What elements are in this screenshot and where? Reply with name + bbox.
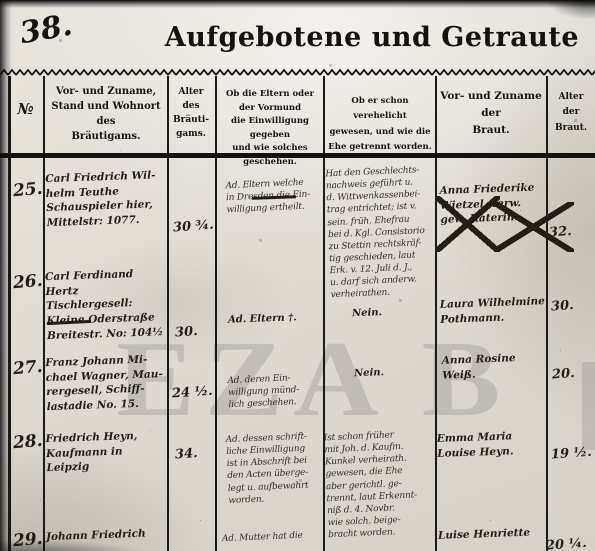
entry-28-bride-age: 19 ½. <box>551 444 595 462</box>
entry-26-bride-name: Laura Wilhelmine Pothmann. <box>440 294 547 327</box>
zigzag-divider <box>0 69 595 76</box>
page-title: Aufgebotene und Getraute <box>165 22 579 53</box>
entry-27-bride-name: Anna Rosine Weiß. <box>442 350 543 383</box>
header-no: № <box>8 100 43 118</box>
entry-28-prev-marriage: Ist schon früher mit Joh. d. Kaufm. Kunk… <box>324 428 435 542</box>
header-groom-name: Vor- und Zuname, Stand und Wohnort des B… <box>45 84 167 144</box>
ink-cross-out <box>494 202 574 252</box>
ink-cross-out <box>436 196 500 252</box>
entry-27-groom-name: Franz Johann Mi- chael Wagner, Mau- rerg… <box>45 352 169 415</box>
entry-28-groom-name: Friedrich Heyn, Kaufmann in Leipzig <box>45 428 168 476</box>
entry-26-groom-name: Carl Ferdinand Hertz Tischlergesell: Kle… <box>45 266 171 344</box>
scan-edge-left <box>0 0 12 551</box>
entry-27-prev-marriage: Nein. <box>354 365 424 381</box>
entry-26-bride-age: 30. <box>551 297 594 315</box>
scan-corner-top-right <box>539 0 595 22</box>
scan-edge-top <box>0 0 595 8</box>
entry-27-bride-age: 20. <box>552 365 595 383</box>
header-bride-age: Alter der Braut. <box>547 90 595 136</box>
entry-25-prev-marriage: Hat den Geschlechts- nachweis geführt u.… <box>325 164 435 302</box>
entry-25-number: 25. <box>12 179 44 202</box>
entry-28-groom-age: 34. <box>175 445 218 463</box>
header-consent: Ob die Eltern oder der Vormund die Einwi… <box>217 88 323 170</box>
entry-28-bride-name: Emma Maria Louise Heyn. <box>437 428 548 461</box>
entry-28-consent: Ad. dessen schrift- liche Einwilligung i… <box>225 430 326 507</box>
column-divider <box>546 76 548 551</box>
entry-25-groom-age: 30 ¾. <box>173 218 216 236</box>
column-divider <box>435 76 437 551</box>
header-bride-name: Vor- und Zuname der Braut. <box>437 88 545 138</box>
scanned-register-page: EZA B 38. Aufgebotene und Getraute № Vor… <box>0 0 595 551</box>
entry-25-groom-name: Carl Friedrich Wil- helm Teuthe Schauspi… <box>45 168 169 231</box>
scan-corner-bottom-left <box>0 539 150 551</box>
entry-27-number: 27. <box>12 357 44 380</box>
entry-26-number: 26. <box>12 271 44 294</box>
entry-27-groom-age: 24 ½. <box>172 383 217 401</box>
header-groom-age: Alter des Bräuti- gams. <box>167 86 215 142</box>
entry-26-groom-age: 30. <box>175 323 218 341</box>
entry-29-bride-age: 20 ¼. <box>546 535 593 551</box>
header-prev-marriage: Ob er schon verehelicht gewesen, und wie… <box>325 94 435 155</box>
entry-27-consent: Ad. deren Ein- willigung münd- lich gesc… <box>227 371 324 412</box>
entry-26-prev-marriage: Nein. <box>352 305 422 321</box>
column-divider <box>43 76 45 551</box>
entry-28-number: 28. <box>12 431 44 454</box>
